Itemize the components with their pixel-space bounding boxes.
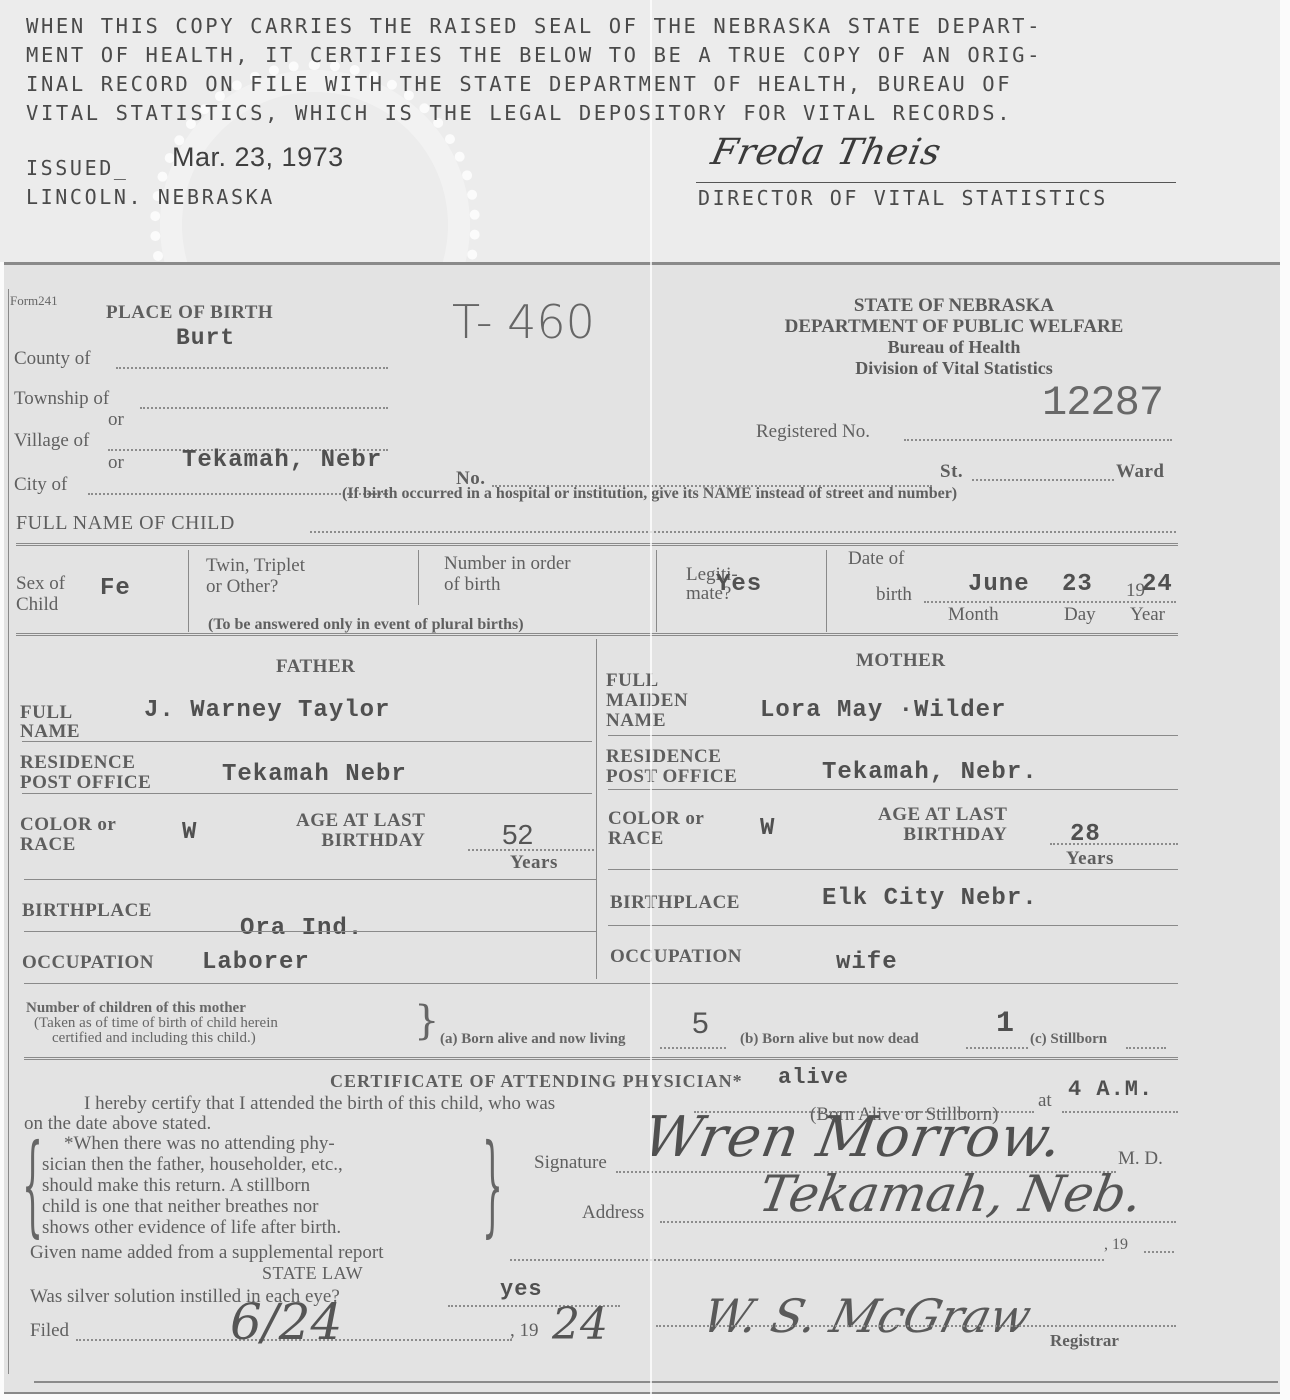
father-birthplace-label: BIRTHPLACE: [22, 901, 152, 921]
father-age-label: AGE AT LASTBIRTHDAY: [296, 811, 425, 851]
plural-births-note: (To be answered only in event of plural …: [208, 615, 524, 635]
born-alive-living-value: 5: [692, 1007, 709, 1041]
dob-label: Date of: [848, 549, 904, 569]
physician-certificate-title: CERTIFICATE OF ATTENDING PHYSICIAN*: [330, 1071, 743, 1091]
legitimate-value: Yes: [716, 571, 762, 598]
father-residence-label: RESIDENCEPOST OFFICE: [20, 753, 151, 793]
paper-fold-crease: [650, 0, 652, 1400]
stillborn-label: (c) Stillborn: [1030, 1031, 1107, 1048]
mother-occupation-label: OCCUPATION: [610, 947, 742, 967]
father-occupation-value: Laborer: [202, 949, 310, 976]
given-name-supplemental-label: Given name added from a supplemental rep…: [30, 1243, 384, 1263]
mother-occupation-value: wife: [836, 949, 898, 976]
mother-age-label: AGE AT LASTBIRTHDAY: [878, 805, 1007, 845]
right-brace-icon: }: [482, 1129, 503, 1239]
county-label: County of: [14, 349, 91, 369]
agency-header: STATE OF NEBRASKA DEPARTMENT OF PUBLIC W…: [734, 295, 1174, 379]
issued-date: Mar. 23, 1973: [172, 142, 344, 173]
left-margin-line: [8, 289, 9, 1374]
mother-age-value: 28: [1070, 821, 1101, 848]
certification-statement: WHEN THIS COPY CARRIES THE RAISED SEAL O…: [26, 12, 1042, 128]
no-physician-note: *When there was no attending phy- sician…: [42, 1133, 480, 1238]
father-residence-value: Tekamah Nebr: [222, 761, 407, 788]
registered-number: 12287: [1042, 379, 1163, 427]
place-of-birth-title: PLACE OF BIRTH: [106, 303, 273, 323]
father-age-value: 52: [502, 819, 533, 851]
mother-residence-label: RESIDENCEPOST OFFICE: [606, 747, 737, 787]
county-value: Burt: [176, 325, 235, 351]
dob-month: June: [968, 571, 1030, 598]
born-alive-dead-value: 1: [996, 1007, 1015, 1041]
father-race-label: COLOR orRACE: [20, 815, 116, 855]
birth-record-form: Form241 PLACE OF BIRTH Burt County of To…: [4, 262, 1280, 1394]
child-name-label: FULL NAME OF CHILD: [16, 513, 235, 533]
issued-label: ISSUED_: [26, 156, 129, 180]
children-count-label: Number of children of this mother (Taken…: [26, 1001, 278, 1046]
dob-day: 23: [1062, 571, 1093, 598]
city-value: Tekamah, Nebr: [182, 447, 382, 474]
father-occupation-label: OCCUPATION: [22, 953, 154, 973]
mother-name-value: Lora May ·Wilder: [760, 697, 1006, 724]
filed-label: Filed: [30, 1321, 69, 1341]
street-label: St.: [940, 462, 963, 482]
mother-residence-value: Tekamah, Nebr.: [822, 759, 1038, 786]
signature-label: Signature: [534, 1153, 607, 1173]
born-alive-dead-label: (b) Born alive but now dead: [740, 1031, 919, 1048]
state-law-label: STATE LAW: [262, 1263, 363, 1283]
township-label: Township of: [14, 389, 109, 409]
mother-race-value: W: [760, 815, 775, 842]
registrar-label: Registrar: [1050, 1331, 1119, 1351]
father-birthplace-value: Ora Ind.: [240, 915, 363, 942]
birth-order-label: Number in orderof birth: [444, 553, 571, 595]
director-title: DIRECTOR OF VITAL STATISTICS: [698, 186, 1108, 210]
physician-signature: Wren Morrow.: [638, 1105, 1068, 1170]
father-name-value: J. Warney Taylor: [144, 697, 390, 724]
sex-value: Fe: [100, 575, 131, 602]
filed-date: 6/24: [230, 1293, 342, 1351]
village-label: Village of: [14, 431, 89, 451]
sex-label: Sex ofChild: [16, 573, 65, 615]
mother-birthplace-value: Elk City Nebr.: [822, 885, 1038, 912]
mother-name-label: FULLMAIDENNAME: [606, 671, 688, 731]
mother-birthplace-label: BIRTHPLACE: [610, 893, 740, 913]
brace-icon: }: [414, 999, 439, 1043]
born-alive-living-label: (a) Born alive and now living: [440, 1031, 625, 1048]
signature-line: [696, 182, 1176, 183]
silver-solution-value: yes: [500, 1277, 543, 1302]
form-number: Form241: [10, 293, 58, 309]
address-label: Address: [582, 1203, 644, 1223]
city-label: City of: [14, 475, 67, 495]
director-signature: Freda Theis: [708, 132, 946, 173]
certification-header: WHEN THIS COPY CARRIES THE RAISED SEAL O…: [0, 0, 1280, 262]
registrar-signature: W. S. McGraw: [697, 1289, 1036, 1343]
father-race-value: W: [182, 819, 197, 846]
father-name-label: FULLNAME: [20, 703, 80, 741]
physician-address: Tekamah, Neb.: [755, 1165, 1147, 1223]
father-title: FATHER: [276, 657, 355, 677]
birth-status-value: alive: [778, 1065, 849, 1090]
mother-title: MOTHER: [856, 651, 946, 671]
dob-year: 24: [1142, 571, 1173, 598]
registered-no-label: Registered No.: [756, 422, 870, 442]
birth-certificate-copy: WHEN THIS COPY CARRIES THE RAISED SEAL O…: [0, 0, 1290, 1400]
birth-time-value: 4 A.M.: [1068, 1077, 1153, 1102]
twin-label: Twin, Tripletor Other?: [206, 555, 305, 597]
physician-certify-text: I hereby certify that I attended the bir…: [84, 1094, 555, 1114]
issued-city: LINCOLN. NEBRASKA: [26, 185, 275, 209]
ward-label: Ward: [1116, 462, 1164, 482]
mother-race-label: COLOR orRACE: [608, 809, 704, 849]
filed-year: 24: [552, 1299, 608, 1350]
left-brace-icon: {: [22, 1129, 43, 1239]
file-annotation: T- 460: [452, 295, 595, 349]
